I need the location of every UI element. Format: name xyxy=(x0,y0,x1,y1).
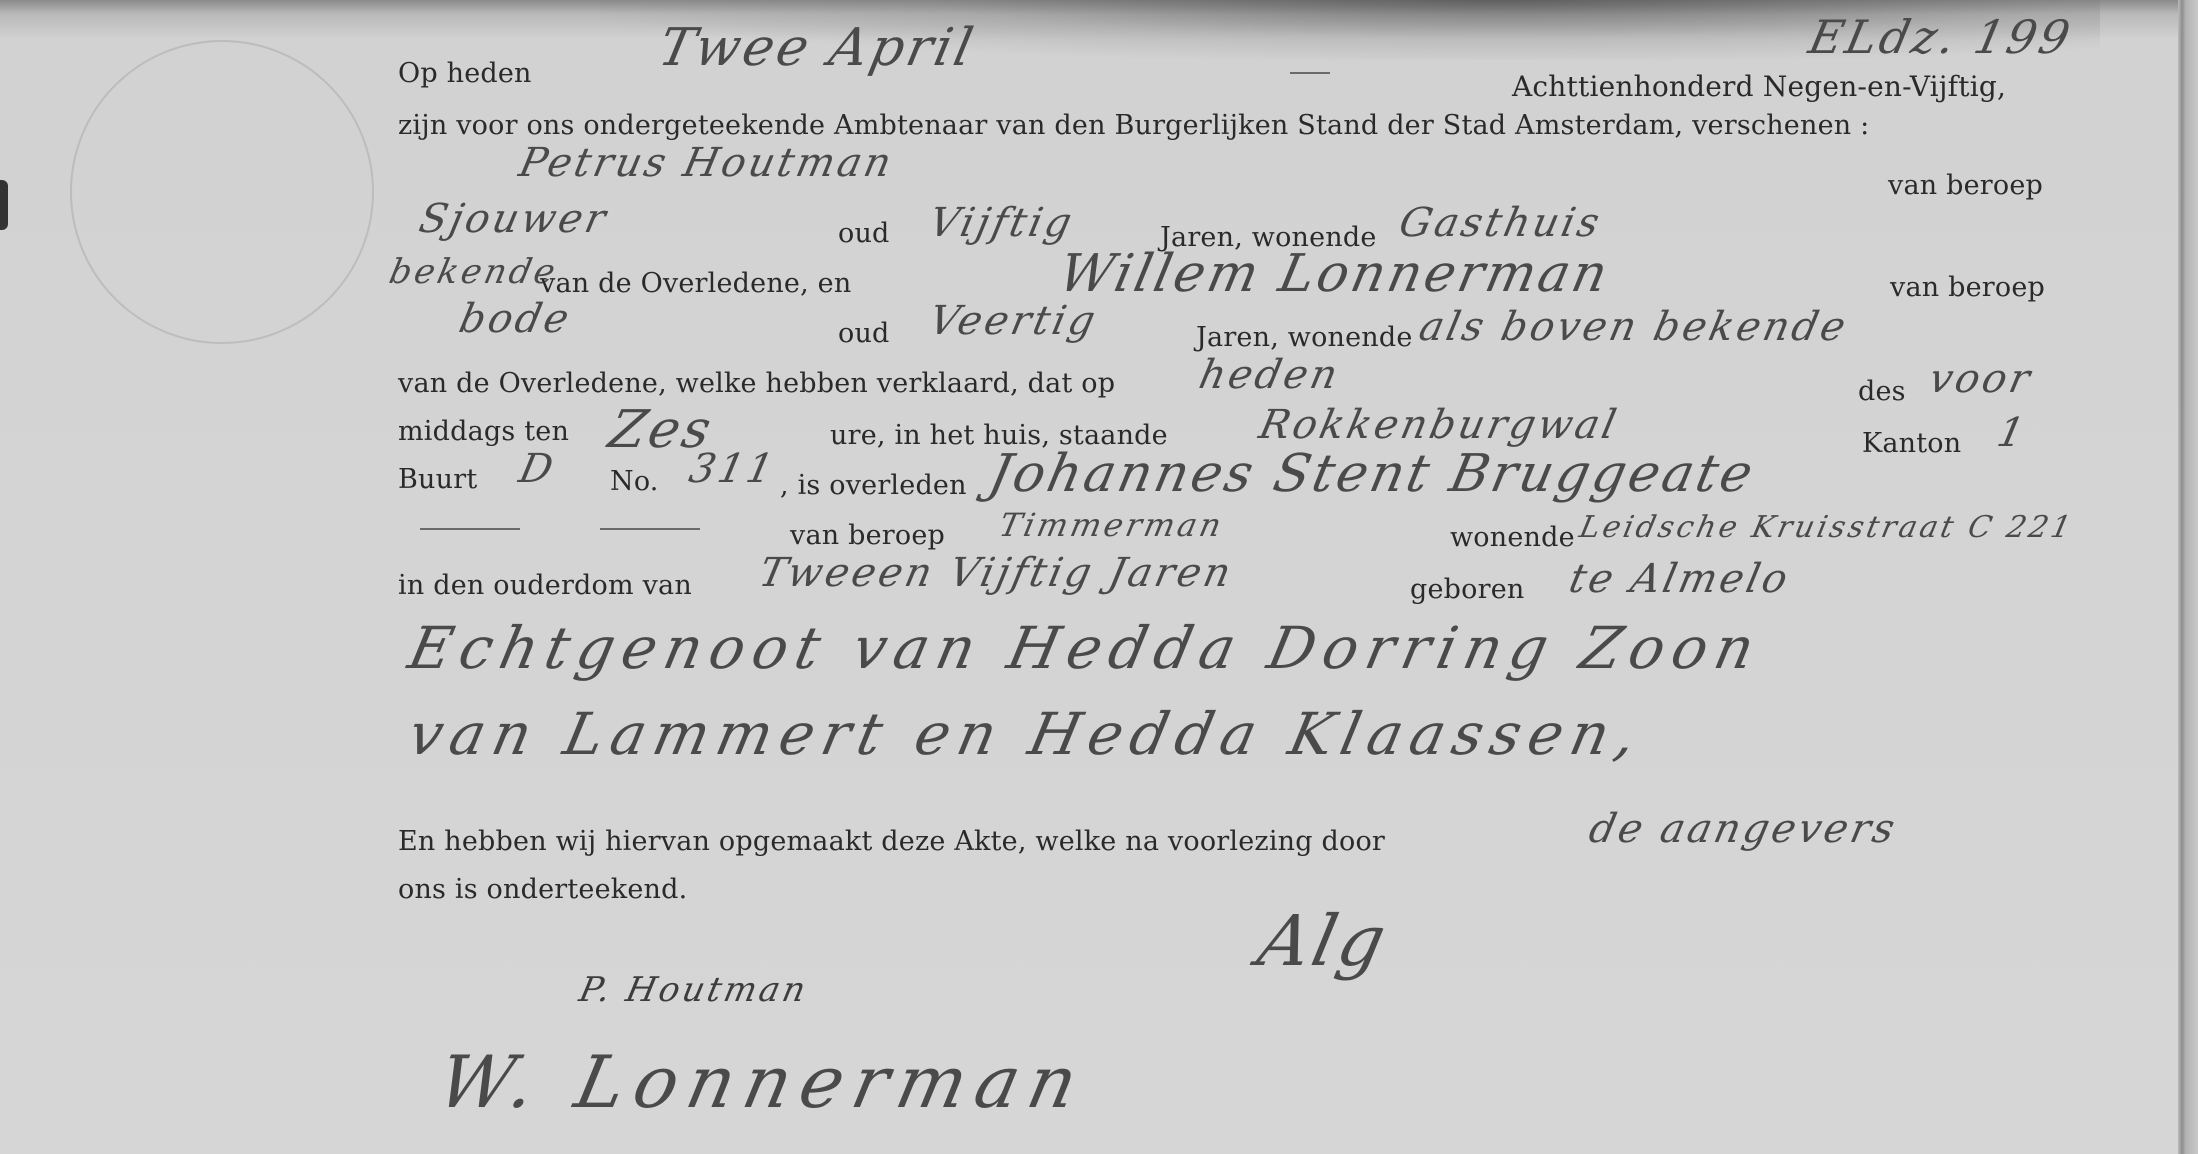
printed-closing-2: ons is onderteekend. xyxy=(398,874,687,905)
printed-wonende: wonende xyxy=(1450,522,1575,553)
page-fold xyxy=(2178,0,2198,1154)
printed-welke-hebben: van de Overledene, welke hebben verklaar… xyxy=(398,368,1115,399)
printed-kanton: Kanton xyxy=(1862,428,1961,459)
printed-van-beroep-2: van beroep xyxy=(1890,272,2045,303)
declarant1-name: Petrus Houtman xyxy=(515,140,898,186)
faded-seal-stamp xyxy=(70,40,374,344)
printed-closing-1: En hebben wij hiervan opgemaakt deze Akt… xyxy=(398,826,1385,857)
signature-declarant-2: W. Lonnerman xyxy=(431,1040,1095,1124)
printed-ouderdom: in den ouderdom van xyxy=(398,570,692,601)
document-page: ELdz. 199 Op heden Twee April Achttienho… xyxy=(0,0,2198,1154)
declarant1-relation: bekende xyxy=(386,252,562,292)
deceased-age: Tweeen Vijftig Jaren xyxy=(755,550,1238,596)
fill-dash xyxy=(1290,72,1330,74)
printed-buurt: Buurt xyxy=(398,464,477,495)
printed-jaren-wonende-2: Jaren, wonende xyxy=(1196,322,1413,353)
declarant2-name: Willem Lonnerman xyxy=(1054,244,1616,304)
signature-official: Alg xyxy=(1251,900,1395,982)
printed-van-beroep-1: van beroep xyxy=(1888,170,2043,201)
declarant2-occupation: bode xyxy=(455,296,576,342)
reference-number: ELdz. 199 xyxy=(1804,10,2077,64)
printed-middags-ten: middags ten xyxy=(398,416,569,447)
declarant1-residence: Gasthuis xyxy=(1395,200,1606,246)
read-by: de aangevers xyxy=(1585,806,1901,852)
printed-van-beroep-3: van beroep xyxy=(790,520,945,551)
declarant1-age: Vijftig xyxy=(925,200,1078,246)
fill-dash xyxy=(600,528,700,530)
handwritten-date: Twee April xyxy=(654,18,981,78)
printed-no: No. xyxy=(610,466,659,497)
binding-mark xyxy=(0,180,8,230)
deceased-name: Johannes Stent Bruggeate xyxy=(984,444,1761,504)
house-number: 311 xyxy=(685,446,780,492)
deceased-residence: Leidsche Kruisstraat C 221 xyxy=(1576,510,2077,545)
note-line-2: van Lammert en Hedda Klaassen, xyxy=(403,700,1650,768)
printed-des: des xyxy=(1858,376,1906,407)
printed-oud-2: oud xyxy=(838,318,890,349)
printed-oud-1: oud xyxy=(838,218,890,249)
birthplace: te Almelo xyxy=(1565,556,1794,602)
buurt-value: D xyxy=(515,446,560,492)
fill-dash xyxy=(420,528,520,530)
signature-declarant-1: P. Houtman xyxy=(576,970,812,1010)
printed-is-overleden: , is overleden xyxy=(780,470,967,501)
printed-intro: zijn voor ons ondergeteekende Ambtenaar … xyxy=(398,110,1869,141)
note-line-1: Echtgenoot van Hedda Dorring Zoon xyxy=(403,614,1768,682)
declarant2-residence: als boven bekende xyxy=(1415,304,1852,350)
declarant2-age: Veertig xyxy=(925,298,1102,344)
printed-op-heden: Op heden xyxy=(398,58,532,89)
declarant1-occupation: Sjouwer xyxy=(415,196,612,242)
printed-van-de-overledene-en: van de Overledene, en xyxy=(540,268,851,299)
printed-year: Achttienhonderd Negen-en-Vijftig, xyxy=(1512,70,2006,103)
deceased-occupation: Timmerman xyxy=(996,506,1228,544)
death-day: heden xyxy=(1195,352,1344,398)
printed-geboren: geboren xyxy=(1410,574,1524,605)
time-of-day: voor xyxy=(1925,356,2037,402)
death-street: Rokkenburgwal xyxy=(1255,402,1623,448)
kanton-value: 1 xyxy=(1993,410,2031,456)
